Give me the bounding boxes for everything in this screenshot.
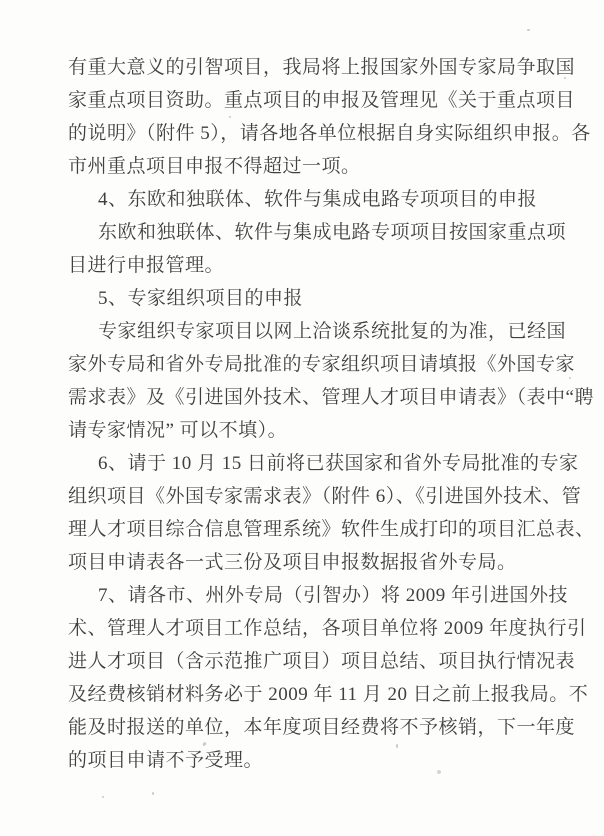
text-line: 理人才项目综合信息管理系统》软件生成打印的项目汇总表、 (68, 513, 542, 546)
text-line: 项目申请表各一式三份及项目申报数据报省外专局。 (68, 546, 542, 579)
section-heading-6: 6、请于 10 月 15 日前将已获国家和省外专局批准的专家 (68, 447, 542, 480)
text-line: 组织项目《外国专家需求表》（附件 6）、《引进国外技术、管 (68, 480, 542, 513)
text-line: 及经费核销材料务必于 2009 年 11 月 20 日之前上报我局。不 (68, 678, 542, 711)
text-line: 能及时报送的单位，本年度项目经费将不予核销，下一年度 (68, 711, 542, 744)
text-line: 市州重点项目申报不得超过一项。 (68, 150, 542, 183)
text-line: 有重大意义的引智项目，我局将上报国家外国专家局争取国 (68, 51, 542, 84)
scan-speck (229, 116, 231, 118)
document-text-block: 有重大意义的引智项目，我局将上报国家外国专家局争取国 家重点项目资助。重点项目的… (68, 51, 542, 777)
text-line: 家重点项目资助。重点项目的申报及管理见《关于重点项目 (68, 84, 542, 117)
text-line: 的说明》（附件 5），请各地各单位根据自身实际组织申报。各 (68, 117, 542, 150)
scan-speck (527, 29, 530, 31)
section-heading-4: 4、东欧和独联体、软件与集成电路专项项目的申报 (68, 183, 542, 216)
text-line: 术、管理人才项目工作总结，各项目单位将 2009 年度执行引 (68, 612, 542, 645)
scan-speck (102, 796, 104, 798)
text-line: 请专家情况” 可以不填）。 (68, 414, 542, 447)
text-line: 进人才项目（含示范推广项目）项目总结、项目执行情况表 (68, 645, 542, 678)
text-line: 的项目申请不予受理。 (68, 744, 542, 777)
text-line: 东欧和独联体、软件与集成电路专项项目按国家重点项 (68, 216, 542, 249)
text-line: 专家组织专家项目以网上洽谈系统批复的为准，已经国 (68, 315, 542, 348)
scanned-document-page: 有重大意义的引智项目，我局将上报国家外国专家局争取国 家重点项目资助。重点项目的… (0, 0, 604, 836)
text-line: 目进行申报管理。 (68, 249, 542, 282)
scan-speck (564, 77, 566, 79)
scan-speck (437, 770, 441, 774)
text-line: 家外专局和省外专局批准的专家组织项目请填报《外国专家 (68, 348, 542, 381)
section-heading-7: 7、请各市、州外专局（引智办）将 2009 年引进国外技 (68, 579, 542, 612)
text-line: 需求表》及《引进国外技术、管理人才项目申请表》（表中“聘 (68, 381, 542, 414)
scan-speck (569, 377, 571, 379)
scan-speck (396, 744, 398, 748)
scan-speck (152, 792, 154, 795)
section-heading-5: 5、专家组织项目的申报 (68, 282, 542, 315)
